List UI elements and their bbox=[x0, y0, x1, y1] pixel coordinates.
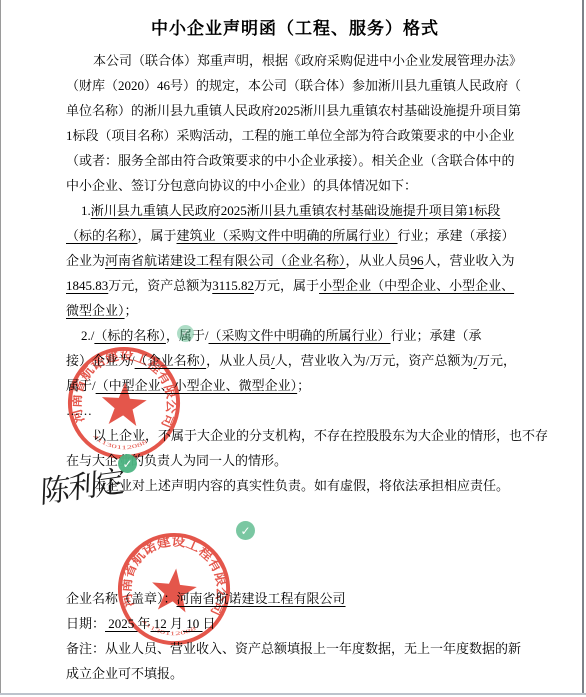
text-line: （或者：服务全部由符合政策要求的中小企业承接）。相关企业（含联合体中的 bbox=[66, 148, 524, 173]
handwritten-signature: 陈利定 bbox=[40, 456, 125, 512]
text-run: 单位名称）的淅川县九重镇人民政府2025淅川县九重镇农村基础设施提升项目第 bbox=[66, 103, 521, 118]
text-run: （或者：服务全部由符合政策要求的中小企业承接）。相关企业（含联合体中的 bbox=[66, 153, 515, 168]
text-run: （标的名称） bbox=[66, 228, 138, 243]
text-line: 以上企业，不属于大企业的分支机构，不存在控股股东为大企业的情形，也不存 bbox=[66, 423, 524, 448]
text-run: 建筑业（采购文件中明确的所属行业） bbox=[177, 228, 398, 243]
text-run: （企业名称） bbox=[135, 353, 207, 368]
text-run: 96 bbox=[411, 253, 424, 268]
page-edge-left bbox=[0, 0, 1, 694]
text-line: 企业为河南省航诺建设工程有限公司（企业名称），从业人员96人，营业收入为 bbox=[66, 248, 524, 273]
text-run: 小型企业（中型企业、小型企业、 bbox=[319, 278, 514, 293]
document-body: 本公司（联合体）郑重声明，根据《政府采购促进中小企业发展管理办法》（财库（202… bbox=[66, 48, 524, 498]
text-run: 月 bbox=[170, 616, 183, 631]
text-run: 行业；承建（承 bbox=[391, 328, 482, 343]
text-run: 1. bbox=[81, 203, 91, 218]
text-run: 12 bbox=[151, 616, 171, 631]
text-line: 日期： 2025 年 12 月 10 日 bbox=[66, 611, 524, 636]
text-run: 2025 bbox=[105, 616, 138, 631]
text-run: 万元，属于 bbox=[254, 278, 319, 293]
text-run: 本企业对上述声明内容的真实性负责。如有虚假，将依法承担相应责任。 bbox=[93, 478, 509, 493]
text-run: 备注：从业人员、营业收入、资产总额填报上一年度数据，无上一年度数据的新 bbox=[66, 641, 521, 656]
text-run: 年 bbox=[138, 616, 151, 631]
check-icon: ✓ bbox=[236, 521, 255, 540]
text-run: 河南省航诺建设工程有限公司 bbox=[177, 591, 346, 606]
text-run: 成立企业可不填报。 bbox=[66, 666, 183, 681]
text-run: 本公司（联合体）郑重声明，根据《政府采购促进中小企业发展管理办法》 bbox=[93, 53, 522, 68]
document-content[interactable]: 中小企业声明函（工程、服务）格式 本公司（联合体）郑重声明，根据《政府采购促进中… bbox=[66, 14, 524, 498]
text-run: 3115.82 bbox=[212, 278, 254, 293]
text-run: 10 bbox=[183, 616, 203, 631]
text-run: 接）企业为/ bbox=[66, 353, 135, 368]
text-run: 万元，资产总额为 bbox=[108, 278, 212, 293]
text-run: 河南省航诺建设工程有限公司（企业名称） bbox=[105, 253, 346, 268]
text-run: 中小企业、签订分包意向协议的中小企业）的具体情况如下： bbox=[66, 178, 417, 193]
text-line: 企业名称（盖章）：河南省航诺建设工程有限公司 bbox=[66, 586, 524, 611]
text-run: ，从业人员 bbox=[346, 253, 411, 268]
text-run: 人，营业收入为/万元，资产总额为 bbox=[275, 353, 474, 368]
text-run: 企业名称（盖章）： bbox=[66, 591, 177, 606]
document-page: 中小企业声明函（工程、服务）格式 本公司（联合体）郑重声明，根据《政府采购促进中… bbox=[0, 0, 586, 697]
text-run: 日 bbox=[203, 616, 216, 631]
text-run: （标的名称） bbox=[94, 328, 166, 343]
text-run: ； bbox=[297, 378, 310, 393]
text-run: …… bbox=[66, 403, 92, 418]
text-run: 1845.83 bbox=[66, 278, 108, 293]
check-icon: ✓ bbox=[177, 325, 194, 342]
text-line: 微型企业）； bbox=[66, 298, 524, 323]
text-run: ，从业人员 bbox=[206, 353, 271, 368]
page-edge-right bbox=[582, 0, 584, 694]
text-line: 属于/（中型企业、小型企业、微型企业）； bbox=[66, 373, 524, 398]
text-run: 微型企业） bbox=[66, 303, 125, 318]
text-line: 1标段（项目名称）采购活动，工程的施工单位全部为符合政策要求的中小企业 bbox=[66, 123, 524, 148]
document-closing-block[interactable]: 企业名称（盖章）：河南省航诺建设工程有限公司日期： 2025 年 12 月 10… bbox=[66, 586, 524, 686]
text-run: 属于/ bbox=[66, 378, 96, 393]
text-run: 万元， bbox=[477, 353, 516, 368]
text-run: 企业为 bbox=[66, 253, 105, 268]
text-run: （财库（2020）46号）的规定，本公司（联合体）参加淅川县九重镇人民政府（ bbox=[66, 78, 521, 93]
text-run: （中型企业、小型企业、微型企业） bbox=[96, 378, 298, 393]
text-run: 淅川县九重镇人民政府2025淅川县九重镇农村基础设施提升项目第1标段 bbox=[91, 203, 501, 218]
text-line: …… bbox=[66, 398, 524, 423]
text-run: 人，营业收入为 bbox=[424, 253, 515, 268]
text-run: 以上企业，不属于大企业的分支机构，不存在控股股东为大企业的情形，也不存 bbox=[93, 428, 548, 443]
text-run: 2./ bbox=[81, 328, 94, 343]
text-line: 备注：从业人员、营业收入、资产总额填报上一年度数据，无上一年度数据的新 bbox=[66, 636, 524, 661]
page-edge-bottom bbox=[0, 693, 586, 695]
document-title: 中小企业声明函（工程、服务）格式 bbox=[66, 14, 524, 44]
text-line: 本企业对上述声明内容的真实性负责。如有虚假，将依法承担相应责任。 bbox=[66, 473, 524, 498]
text-run: ； bbox=[125, 303, 138, 318]
text-line: （标的名称），属于建筑业（采购文件中明确的所属行业）行业；承建（承接） bbox=[66, 223, 524, 248]
text-line: 1845.83万元，资产总额为3115.82万元，属于小型企业（中型企业、小型企… bbox=[66, 273, 524, 298]
text-line: 单位名称）的淅川县九重镇人民政府2025淅川县九重镇农村基础设施提升项目第 bbox=[66, 98, 524, 123]
text-line: 接）企业为/（企业名称），从业人员/人，营业收入为/万元，资产总额为/万元， bbox=[66, 348, 524, 373]
text-run: 日期： bbox=[66, 616, 105, 631]
text-run: 行业；承建（承接） bbox=[398, 228, 515, 243]
check-icon: ✓ bbox=[118, 454, 137, 473]
text-line: 2./（标的名称），属于/（采购文件中明确的所属行业）行业；承建（承 bbox=[66, 323, 524, 348]
text-line: 成立企业可不填报。 bbox=[66, 661, 524, 686]
text-run: （采购文件中明确的所属行业） bbox=[209, 328, 391, 343]
text-run: ，属于 bbox=[138, 228, 177, 243]
text-line: 本公司（联合体）郑重声明，根据《政府采购促进中小企业发展管理办法》 bbox=[66, 48, 524, 73]
text-line: （财库（2020）46号）的规定，本公司（联合体）参加淅川县九重镇人民政府（ bbox=[66, 73, 524, 98]
text-run: 1标段（项目名称）采购活动，工程的施工单位全部为符合政策要求的中小企业 bbox=[66, 128, 515, 143]
text-line: 中小企业、签订分包意向协议的中小企业）的具体情况如下： bbox=[66, 173, 524, 198]
text-line: 1.淅川县九重镇人民政府2025淅川县九重镇农村基础设施提升项目第1标段 bbox=[66, 198, 524, 223]
